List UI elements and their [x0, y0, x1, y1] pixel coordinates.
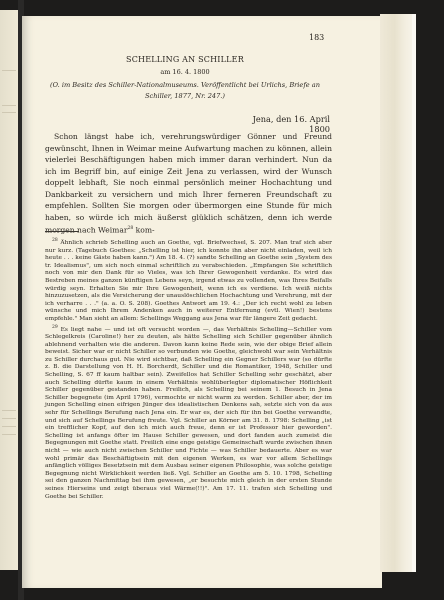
page-fore-edge: [380, 14, 416, 572]
footnote-marker: 28: [52, 238, 58, 243]
source-note: (O. im Besitz des Schiller-Nationalmuseu…: [40, 80, 330, 102]
footnote-marker: 29: [52, 325, 58, 330]
letter-text-continuation: kom-: [133, 226, 154, 235]
letter-body: Schon längst habe ich, verehrungswürdige…: [45, 131, 332, 236]
footnotes: 28 Ähnlich schrieb Schelling auch an Goe…: [45, 237, 332, 501]
letter-date: am 16. 4. 1800: [40, 68, 330, 76]
footnote-text: Ähnlich schrieb Schelling auch an Goethe…: [45, 240, 332, 322]
footnote-divider: [45, 231, 79, 232]
letter-text: Schon längst habe ich, verehrungswürdige…: [45, 132, 332, 235]
letter-heading: SCHELLING AN SCHILLER: [40, 55, 330, 64]
footnote: 28 Ähnlich schrieb Schelling auch an Goe…: [45, 237, 332, 324]
footnote: 29 Es liegt nahe — und ist oft versucht …: [45, 324, 332, 502]
facing-page-edge: [0, 10, 19, 570]
footnote-text: Es liegt nahe — und ist oft versucht wor…: [45, 326, 332, 499]
page-number: 183: [309, 33, 324, 42]
